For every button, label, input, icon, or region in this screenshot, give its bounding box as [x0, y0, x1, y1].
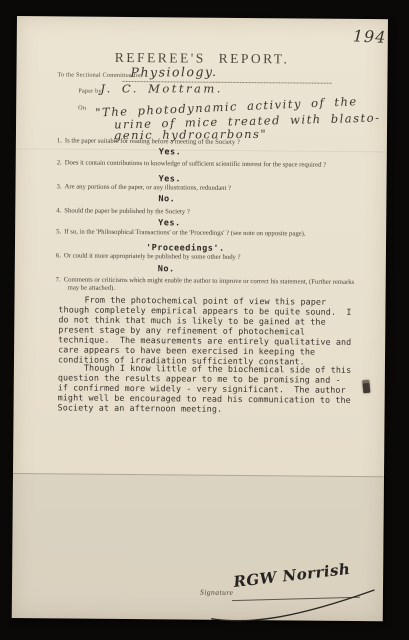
question-1-text: Is the paper suitable for reading before…	[65, 137, 240, 146]
comments-paragraph-1: From the photochemical point of view thi…	[58, 294, 357, 367]
answer-1: Yes.	[159, 147, 182, 157]
question-4-number: 4.	[56, 207, 61, 214]
question-3-text: Are any portions of the paper, or any il…	[64, 183, 231, 191]
paper-by-label: Paper by	[78, 88, 101, 95]
committee-label: To the Sectional Committee for	[57, 71, 141, 79]
question-5: 5.If so, in the 'Philosophical Transacti…	[56, 228, 366, 239]
question-5-text: If so, in the 'Philosophical Transaction…	[64, 228, 306, 237]
staple-mark	[362, 380, 370, 394]
question-6-number: 6.	[56, 252, 61, 259]
comments-paragraph-2: Though I know little of the biochemical …	[58, 362, 356, 415]
question-3-number: 3.	[56, 183, 61, 190]
page-number-pencil: 194	[352, 26, 386, 46]
question-3: 3.Are any portions of the paper, or any …	[56, 183, 366, 194]
question-5-number: 5.	[56, 228, 61, 235]
question-2: 2.Does it contain contributions to knowl…	[57, 159, 367, 170]
on-label: On	[78, 105, 86, 112]
question-2-number: 2.	[57, 159, 62, 166]
question-7-text: Comments or criticisms which might enabl…	[64, 276, 355, 291]
scan-background: { "page": { "corner_number": "194", "tit…	[0, 0, 409, 640]
question-4: 4.Should the paper be published by the S…	[56, 207, 366, 218]
answer-3: No.	[158, 194, 175, 204]
question-2-text: Does it contain contributions to knowled…	[65, 159, 326, 168]
fold-crease-bottom	[13, 473, 384, 477]
referee-report-page: 194 REFEREE'S REPORT. To the Sectional C…	[12, 16, 388, 621]
question-6-text: Or could it more appropriately be publis…	[64, 252, 241, 261]
committee-value-handwritten: Physiology.	[130, 64, 217, 80]
answer-5: 'Proceedings'.	[146, 243, 225, 254]
question-7: 7.Comments or criticisms which might ena…	[56, 276, 366, 295]
author-name-handwritten: J. C. Mottram.	[100, 81, 223, 95]
question-7-number: 7.	[56, 276, 61, 283]
question-6: 6.Or could it more appropriately be publ…	[56, 252, 366, 263]
question-1: 1.Is the paper suitable for reading befo…	[57, 137, 367, 148]
answer-4: Yes.	[158, 218, 181, 228]
answer-6: No.	[158, 264, 175, 274]
answer-2: Yes.	[159, 174, 182, 184]
fold-crease-top	[16, 147, 387, 152]
question-1-number: 1.	[57, 137, 62, 144]
question-4-text: Should the paper be published by the Soc…	[64, 207, 190, 215]
